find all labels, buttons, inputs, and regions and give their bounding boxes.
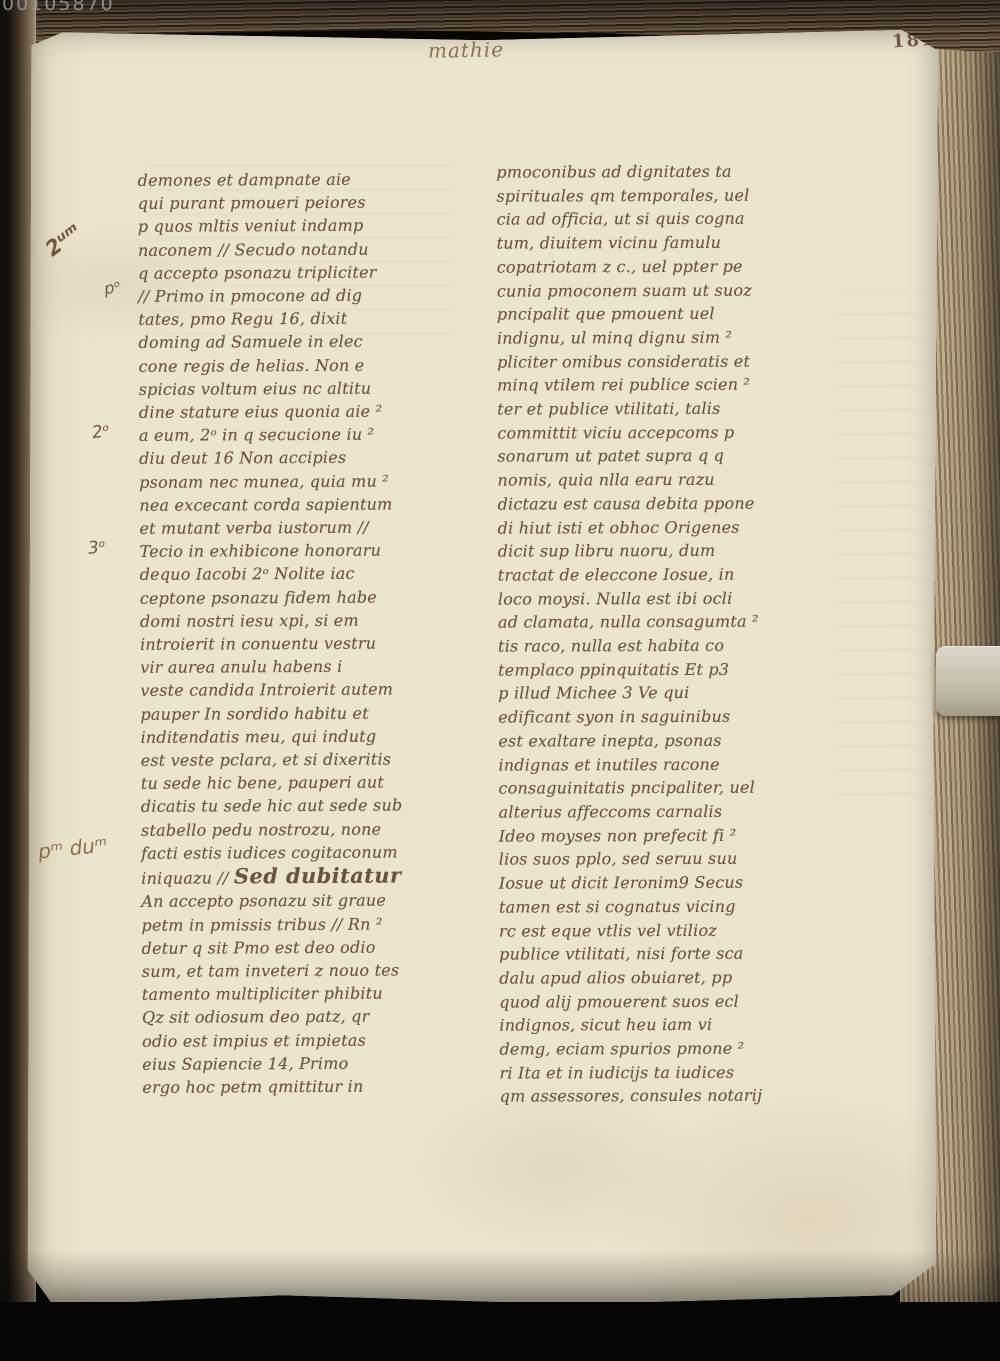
bookmark-tab	[936, 646, 1000, 716]
manuscript-line: facti estis iudices cogitaconum	[141, 840, 471, 865]
manuscript-line: petm in pmissis tribus // Rn ²	[141, 912, 471, 937]
manuscript-line: ad clamata, nulla consagumta ²	[498, 610, 838, 635]
manuscript-line: publice vtilitati, nisi forte sca	[499, 942, 839, 967]
manuscript-line: tates, pmo Regu 16, dixit	[138, 306, 468, 331]
photo-black-background	[0, 1302, 1000, 1361]
manuscript-line: copatriotam z c., uel ppter pe	[497, 254, 837, 279]
manuscript-line: et mutant verba iustorum //	[139, 515, 469, 540]
manuscript-page: mathie 181 2ᵘᵐ pᵒ 2ᵒ 3ᵒ pᵐ duᵐ demones e…	[26, 30, 938, 1308]
manuscript-line: minq vtilem rei publice scien ²	[497, 373, 837, 398]
manuscript-line: pliciter omibus consideratis et	[497, 349, 837, 374]
manuscript-line: p quos mltis veniut indamp	[138, 214, 468, 239]
manuscript-line: sum, et tam inveteri z nouo tes	[142, 958, 472, 983]
manuscript-line: dequo Iacobi 2ᵒ Nolite iac	[140, 562, 470, 587]
manuscript-line: stabello pedu nostrozu, none	[141, 817, 471, 842]
manuscript-line: tu sede hic bene, pauperi aut	[141, 770, 471, 795]
manuscript-line: eius Sapiencie 14, Primo	[142, 1051, 472, 1076]
manuscript-line: dictazu est causa debita ppone	[498, 491, 838, 516]
margin-note-secundo: 2ᵒ	[91, 421, 111, 443]
manuscript-line: tis raco, nulla est habita co	[498, 633, 838, 658]
manuscript-line: templaco ppinquitatis Et p3	[498, 657, 838, 682]
margin-note-primo: pᵒ	[102, 277, 122, 299]
manuscript-line: iniquazu // Sed dubitatur	[141, 863, 471, 890]
manuscript-line: An accepto psonazu sit graue	[141, 888, 471, 913]
manuscript-line: introierit in conuentu vestru	[140, 631, 470, 656]
manuscript-line: inditendatis meu, qui indutg	[140, 724, 470, 749]
manuscript-line: qm assessores, consules notarij	[500, 1084, 840, 1109]
manuscript-line: tamento multipliciter phibitu	[142, 981, 472, 1006]
margin-note-primum-dubium: pᵐ duᵐ	[37, 832, 108, 863]
scan-watermark-number: 00105870	[2, 0, 115, 15]
manuscript-line: nomis, quia nlla earu razu	[497, 468, 837, 493]
manuscript-line: diu deut 16 Non accipies	[139, 446, 469, 471]
manuscript-line: dicatis tu sede hic aut sede sub	[141, 794, 471, 819]
manuscript-line: psonam nec munea, quia mu ²	[139, 469, 469, 494]
right-text-column: pmoconibus ad dignitates taspirituales q…	[496, 159, 839, 1108]
margin-note-secundum: 2ᵘᵐ	[41, 219, 86, 261]
manuscript-line: cunia pmoconem suam ut suoz	[497, 278, 837, 303]
manuscript-line: quod alij pmouerent suos ecl	[499, 989, 839, 1014]
manuscript-line: demones et dampnate aie	[138, 167, 468, 192]
manuscript-line: indignos, sicut heu iam vi	[499, 1013, 839, 1038]
manuscript-line: spirituales qm temporales, uel	[496, 183, 836, 208]
manuscript-line: loco moysi. Nulla est ibi ocli	[498, 586, 838, 611]
rubric-phrase: Sed dubitatur	[234, 863, 402, 889]
manuscript-line: indignas et inutiles racone	[498, 752, 838, 777]
manuscript-line: a eum, 2ᵒ in q secucione iu ²	[139, 422, 469, 447]
manuscript-line: edificant syon in saguinibus	[498, 705, 838, 730]
manuscript-line: veste candida Introierit autem	[140, 678, 470, 703]
manuscript-line: ceptone psonazu fidem habe	[140, 585, 470, 610]
manuscript-line: p illud Michee 3 Ve qui	[498, 681, 838, 706]
left-text-column: demones et dampnate aiequi purant pmouer…	[138, 167, 473, 1099]
manuscript-line: q accepto psonazu tripliciter	[138, 260, 468, 285]
manuscript-line: tractat de eleccone Iosue, in	[498, 562, 838, 587]
running-title: mathie	[428, 37, 504, 62]
manuscript-line: cone regis de helias. Non e	[139, 353, 469, 378]
manuscript-line: vir aurea anulu habens i	[140, 654, 470, 679]
manuscript-line: // Primo in pmocone ad dig	[138, 283, 468, 308]
manuscript-line: est exaltare inepta, psonas	[498, 728, 838, 753]
manuscript-line: ergo hoc petm qmittitur in	[142, 1074, 472, 1099]
manuscript-line: est veste pclara, et si dixeritis	[141, 747, 471, 772]
manuscript-line: dalu apud alios obuiaret, pp	[499, 965, 839, 990]
manuscript-line: ri Ita et in iudicijs ta iudices	[499, 1060, 839, 1085]
manuscript-line: naconem // Secudo notandu	[138, 237, 468, 262]
manuscript-line: consaguinitatis pncipaliter, uel	[498, 776, 838, 801]
manuscript-line: demg, eciam spurios pmone ²	[499, 1036, 839, 1061]
manuscript-photo: mathie 181 2ᵘᵐ pᵒ 2ᵒ 3ᵒ pᵐ duᵐ demones e…	[0, 0, 1000, 1361]
manuscript-line: pmoconibus ad dignitates ta	[496, 159, 836, 184]
manuscript-line: Tecio in exhibicone honoraru	[140, 538, 470, 563]
manuscript-line: committit viciu accepcoms p	[497, 420, 837, 445]
manuscript-line: doming ad Samuele in elec	[138, 330, 468, 355]
manuscript-line: di hiut isti et obhoc Origenes	[498, 515, 838, 540]
manuscript-line: odio est impius et impietas	[142, 1028, 472, 1053]
manuscript-line: pauper In sordido habitu et	[140, 701, 470, 726]
manuscript-line: cia ad officia, ut si quis cogna	[497, 207, 837, 232]
manuscript-line: alterius affeccoms carnalis	[499, 799, 839, 824]
manuscript-line: detur q sit Pmo est deo odio	[142, 935, 472, 960]
manuscript-line: spicias voltum eius nc altitu	[139, 376, 469, 401]
manuscript-line: rc est eque vtlis vel vtilioz	[499, 918, 839, 943]
verso-showthrough	[836, 290, 926, 810]
margin-note-tertio: 3ᵒ	[87, 537, 107, 559]
manuscript-line: ter et publice vtilitati, talis	[497, 396, 837, 421]
manuscript-line: pncipalit que pmouent uel	[497, 302, 837, 327]
manuscript-line: Qz sit odiosum deo patz, qr	[142, 1004, 472, 1029]
manuscript-line: nea excecant corda sapientum	[139, 492, 469, 517]
manuscript-line: dine stature eius quonia aie ²	[139, 399, 469, 424]
manuscript-line: domi nostri iesu xpi, si em	[140, 608, 470, 633]
manuscript-line: Iosue ut dicit Ieronim9 Secus	[499, 870, 839, 895]
manuscript-line: tamen est si cognatus vicing	[499, 894, 839, 919]
manuscript-line: indignu, ul minq dignu sim ²	[497, 325, 837, 350]
manuscript-line: dicit sup libru nuoru, dum	[498, 539, 838, 564]
manuscript-line: sonarum ut patet supra q q	[497, 444, 837, 469]
manuscript-line: Ideo moyses non prefecit fi ²	[499, 823, 839, 848]
manuscript-line: qui purant pmoueri peiores	[138, 190, 468, 215]
manuscript-line: lios suos pplo, sed seruu suu	[499, 847, 839, 872]
manuscript-line: tum, diuitem vicinu famulu	[497, 231, 837, 256]
